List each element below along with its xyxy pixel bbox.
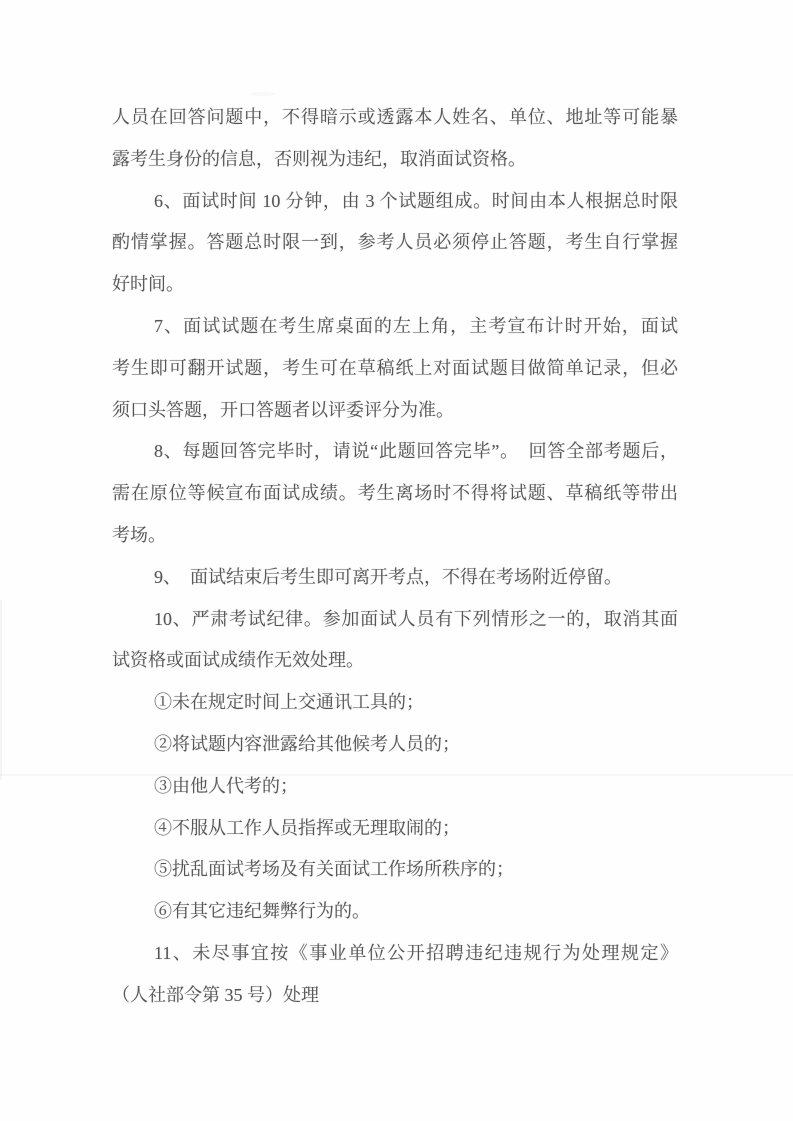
text-line-16: ②将试题内容泄露给其他候考人员的； <box>112 724 678 766</box>
text-line-07: 考生即可翻开试题，考生可在草稿纸上对面试题目做简单记录，但必 <box>112 348 678 390</box>
text-line-17: ③由他人代考的； <box>112 766 678 808</box>
text-line-08: 须口头答题，开口答题者以评委评分为准。 <box>112 390 678 432</box>
text-line-15: ①未在规定时间上交通讯工具的； <box>112 682 678 724</box>
text-line-06: 7、面试试题在考生席桌面的左上角，主考宣布计时开始，面试 <box>112 306 678 348</box>
text-line-10: 需在原位等候宣布面试成绩。考生离场时不得将试题、草稿纸等带出 <box>112 473 678 515</box>
document-text-block: 人员在回答问题中，不得暗示或透露本人姓名、单位、地址等可能暴 露考生身份的信息，… <box>112 97 678 1017</box>
text-line-14: 试资格或面试成绩作无效处理。 <box>112 640 678 682</box>
text-line-12: 9、 面试结束后考生即可离开考点，不得在考场附近停留。 <box>112 557 678 599</box>
text-line-02: 露考生身份的信息，否则视为违纪，取消面试资格。 <box>112 139 678 181</box>
text-line-20: ⑥有其它违纪舞弊行为的。 <box>112 891 678 933</box>
scan-smudge-artifact <box>250 92 276 96</box>
text-line-22: （人社部令第 35 号）处理 <box>112 975 678 1017</box>
text-line-13: 10、严肃考试纪律。参加面试人员有下列情形之一的，取消其面 <box>112 599 678 641</box>
text-line-18: ④不服从工作人员指挥或无理取闹的； <box>112 808 678 850</box>
text-line-05: 好时间。 <box>112 264 678 306</box>
text-line-01: 人员在回答问题中，不得暗示或透露本人姓名、单位、地址等可能暴 <box>112 97 678 139</box>
text-line-21: 11、未尽事宜按《事业单位公开招聘违纪违规行为处理规定》 <box>112 933 678 975</box>
text-line-04: 酌情掌握。答题总时限一到，参考人员必须停止答题，考生自行掌握 <box>112 222 678 264</box>
scan-edge-artifact <box>0 600 2 780</box>
text-line-19: ⑤扰乱面试考场及有关面试工作场所秩序的； <box>112 849 678 891</box>
text-line-11: 考场。 <box>112 515 678 557</box>
text-line-09: 8、每题回答完毕时，请说“此题回答完毕”。 回答全部考题后， <box>112 431 678 473</box>
scanned-document-page: 人员在回答问题中，不得暗示或透露本人姓名、单位、地址等可能暴 露考生身份的信息，… <box>0 0 793 1121</box>
text-line-03: 6、面试时间 10 分钟，由 3 个试题组成。时间由本人根据总时限 <box>112 181 678 223</box>
